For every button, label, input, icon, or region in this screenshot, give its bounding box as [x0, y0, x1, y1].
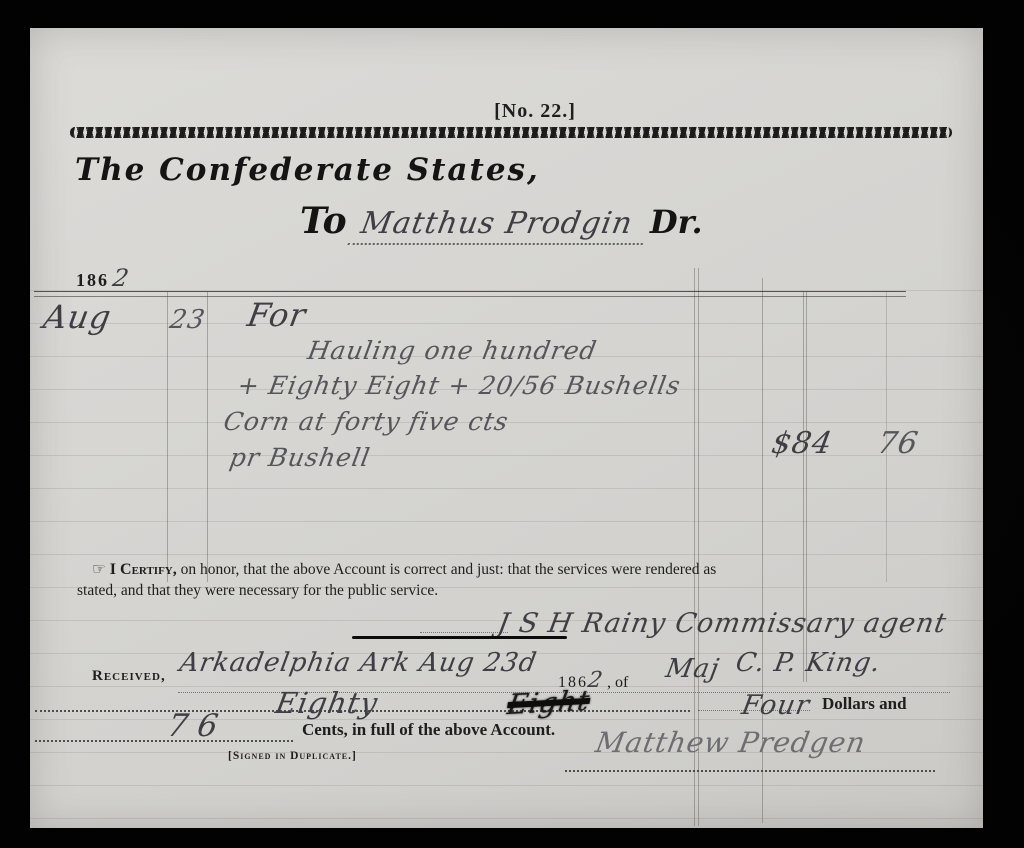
- year-field: 186 2: [76, 264, 129, 292]
- amount-field: $84 76: [772, 426, 918, 461]
- voucher-paper: [No. 22.] The Confederate States, To Mat…: [30, 28, 983, 828]
- dollars-label: Dollars and: [822, 694, 907, 714]
- entry-description-line: pr Bushell: [227, 443, 372, 472]
- cents-leader-dots: [35, 740, 293, 742]
- year-printed: 186: [76, 270, 109, 290]
- certify-line-2: stated, and that they were necessary for…: [77, 582, 438, 600]
- year-written: 2: [111, 264, 132, 292]
- entry-description-line: Hauling one hundred: [305, 336, 599, 365]
- amount-cents: 76: [875, 426, 921, 461]
- received-of-label: , of: [607, 674, 628, 691]
- rope-border-ornament: [70, 127, 952, 138]
- entry-description-line: + Eighty Eight + 20/56 Bushells: [235, 371, 683, 400]
- payer-name: C. P. King.: [733, 648, 883, 678]
- received-place-date: Arkadelphia Ark Aug 23d: [177, 648, 539, 678]
- crossed-out-word: Eight: [505, 684, 593, 721]
- certify-lead-in: I Certify,: [110, 561, 177, 578]
- certify-line-1: ☞ I Certify, on honor, that the above Ac…: [92, 560, 716, 579]
- to-label: To: [300, 200, 347, 242]
- ledger-vertical-rule: [167, 292, 168, 582]
- amount-words-2-handwritten: Four: [739, 690, 812, 721]
- double-rule: [34, 291, 906, 297]
- cents-value-handwritten: 76: [165, 708, 231, 744]
- payer-rank: Maj: [663, 654, 721, 684]
- entry-day: 23: [167, 305, 207, 335]
- entry-description-line: Corn at forty five cts: [221, 407, 511, 436]
- signature-leader-dots: [420, 632, 508, 633]
- scanned-document-page: [No. 22.] The Confederate States, To Mat…: [0, 0, 1024, 848]
- payee-signature-dots: [565, 770, 935, 772]
- debtor-line: To Matthus Prodgin Dr.: [300, 200, 703, 245]
- document-title: The Confederate States,: [75, 152, 540, 188]
- signature-underline: [352, 636, 567, 639]
- duplicate-note: [Signed in Duplicate.]: [228, 750, 357, 762]
- commissary-signature: J S H Rainy Commissary agent: [495, 608, 949, 639]
- cents-label: Cents, in full of the above Account.: [302, 720, 555, 740]
- pointing-hand-icon: ☞: [92, 561, 106, 578]
- payee-name-handwritten: Matthus Prodgin: [347, 206, 649, 245]
- payee-signature: Matthew Predgen: [593, 726, 868, 759]
- entry-month: Aug: [41, 298, 115, 336]
- amount-dollars: $84: [769, 426, 835, 461]
- received-label: Received,: [92, 668, 166, 685]
- debtor-abbrev: Dr.: [650, 203, 703, 241]
- ledger-vertical-rule: [207, 292, 208, 582]
- document-number: [No. 22.]: [450, 100, 620, 123]
- entry-for-label: For: [245, 296, 310, 334]
- amount-words-handwritten: Eighty: [273, 686, 381, 720]
- certify-line-1-text: on honor, that the above Account is corr…: [181, 561, 717, 578]
